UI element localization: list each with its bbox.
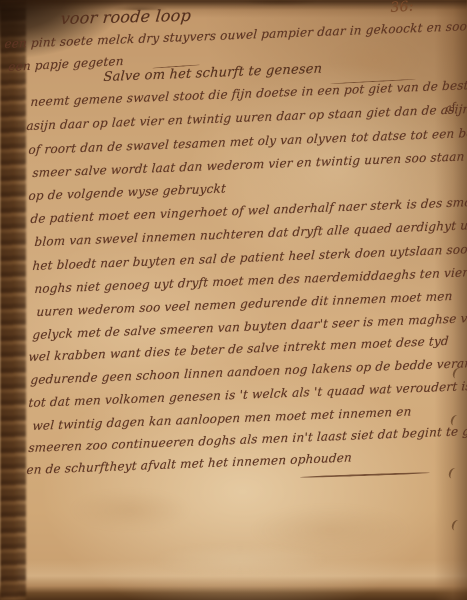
paper-stain [150,545,330,575]
manuscript-line: en de schurftheyt afvalt met het innemen… [26,450,352,477]
binding-edge [0,0,26,600]
recipe-title-roode-loop: voor roode loop [60,9,192,26]
manuscript-page: 36: voor roode loop een pint soete melck… [0,0,467,600]
recipe-title-salve: Salve om het schurft te genesen [103,63,323,85]
page-number: 36: [390,0,414,15]
pen-flourish [300,472,430,479]
margin-mark [448,467,460,480]
paper-stain [330,40,420,80]
manuscript-line: op de volgende wyse gebruyckt [28,181,227,203]
margin-note: af [445,101,457,117]
paper-stain [70,490,190,530]
margin-mark [451,519,463,532]
